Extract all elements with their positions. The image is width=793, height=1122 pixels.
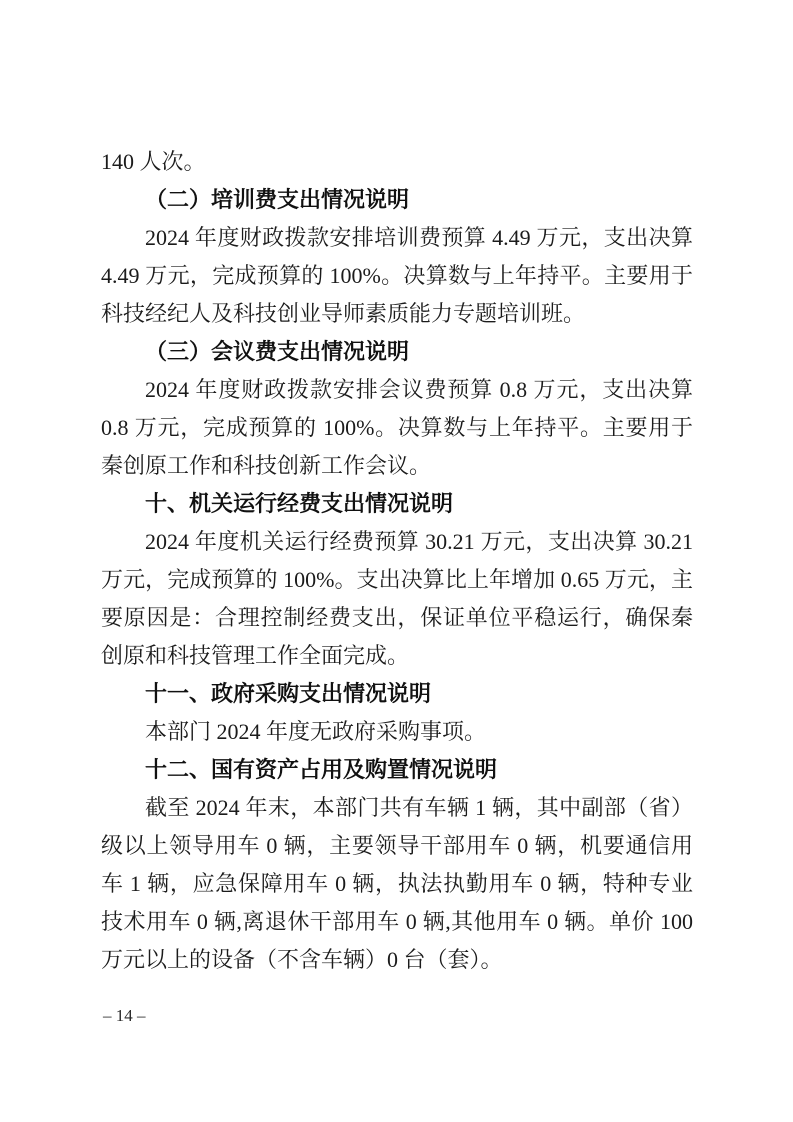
para-agency-operating-expense: 2024 年度机关运行经费预算 30.21 万元，支出决算 30.21 万元，完… bbox=[101, 523, 693, 675]
para-meeting-fee: 2024 年度财政拨款安排会议费预算 0.8 万元，支出决算 0.8 万元，完成… bbox=[101, 371, 693, 485]
page-number: – 14 – bbox=[103, 1004, 146, 1028]
para-training-fee: 2024 年度财政拨款安排培训费预算 4.49 万元，支出决算 4.49 万元，… bbox=[101, 219, 693, 333]
para-continuation-140: 140 人次。 bbox=[101, 143, 693, 181]
heading-meeting-fee: （三）会议费支出情况说明 bbox=[101, 333, 693, 371]
heading-gov-procurement: 十一、政府采购支出情况说明 bbox=[101, 675, 693, 713]
heading-agency-operating-expense: 十、机关运行经费支出情况说明 bbox=[101, 485, 693, 523]
document-body: 140 人次。 （二）培训费支出情况说明 2024 年度财政拨款安排培训费预算 … bbox=[101, 143, 693, 979]
para-gov-procurement: 本部门 2024 年度无政府采购事项。 bbox=[101, 713, 693, 751]
para-state-assets: 截至 2024 年末，本部门共有车辆 1 辆，其中副部（省）级以上领导用车 0 … bbox=[101, 789, 693, 979]
heading-training-fee: （二）培训费支出情况说明 bbox=[101, 181, 693, 219]
document-page: 140 人次。 （二）培训费支出情况说明 2024 年度财政拨款安排培训费预算 … bbox=[0, 0, 793, 1122]
heading-state-assets: 十二、国有资产占用及购置情况说明 bbox=[101, 751, 693, 789]
